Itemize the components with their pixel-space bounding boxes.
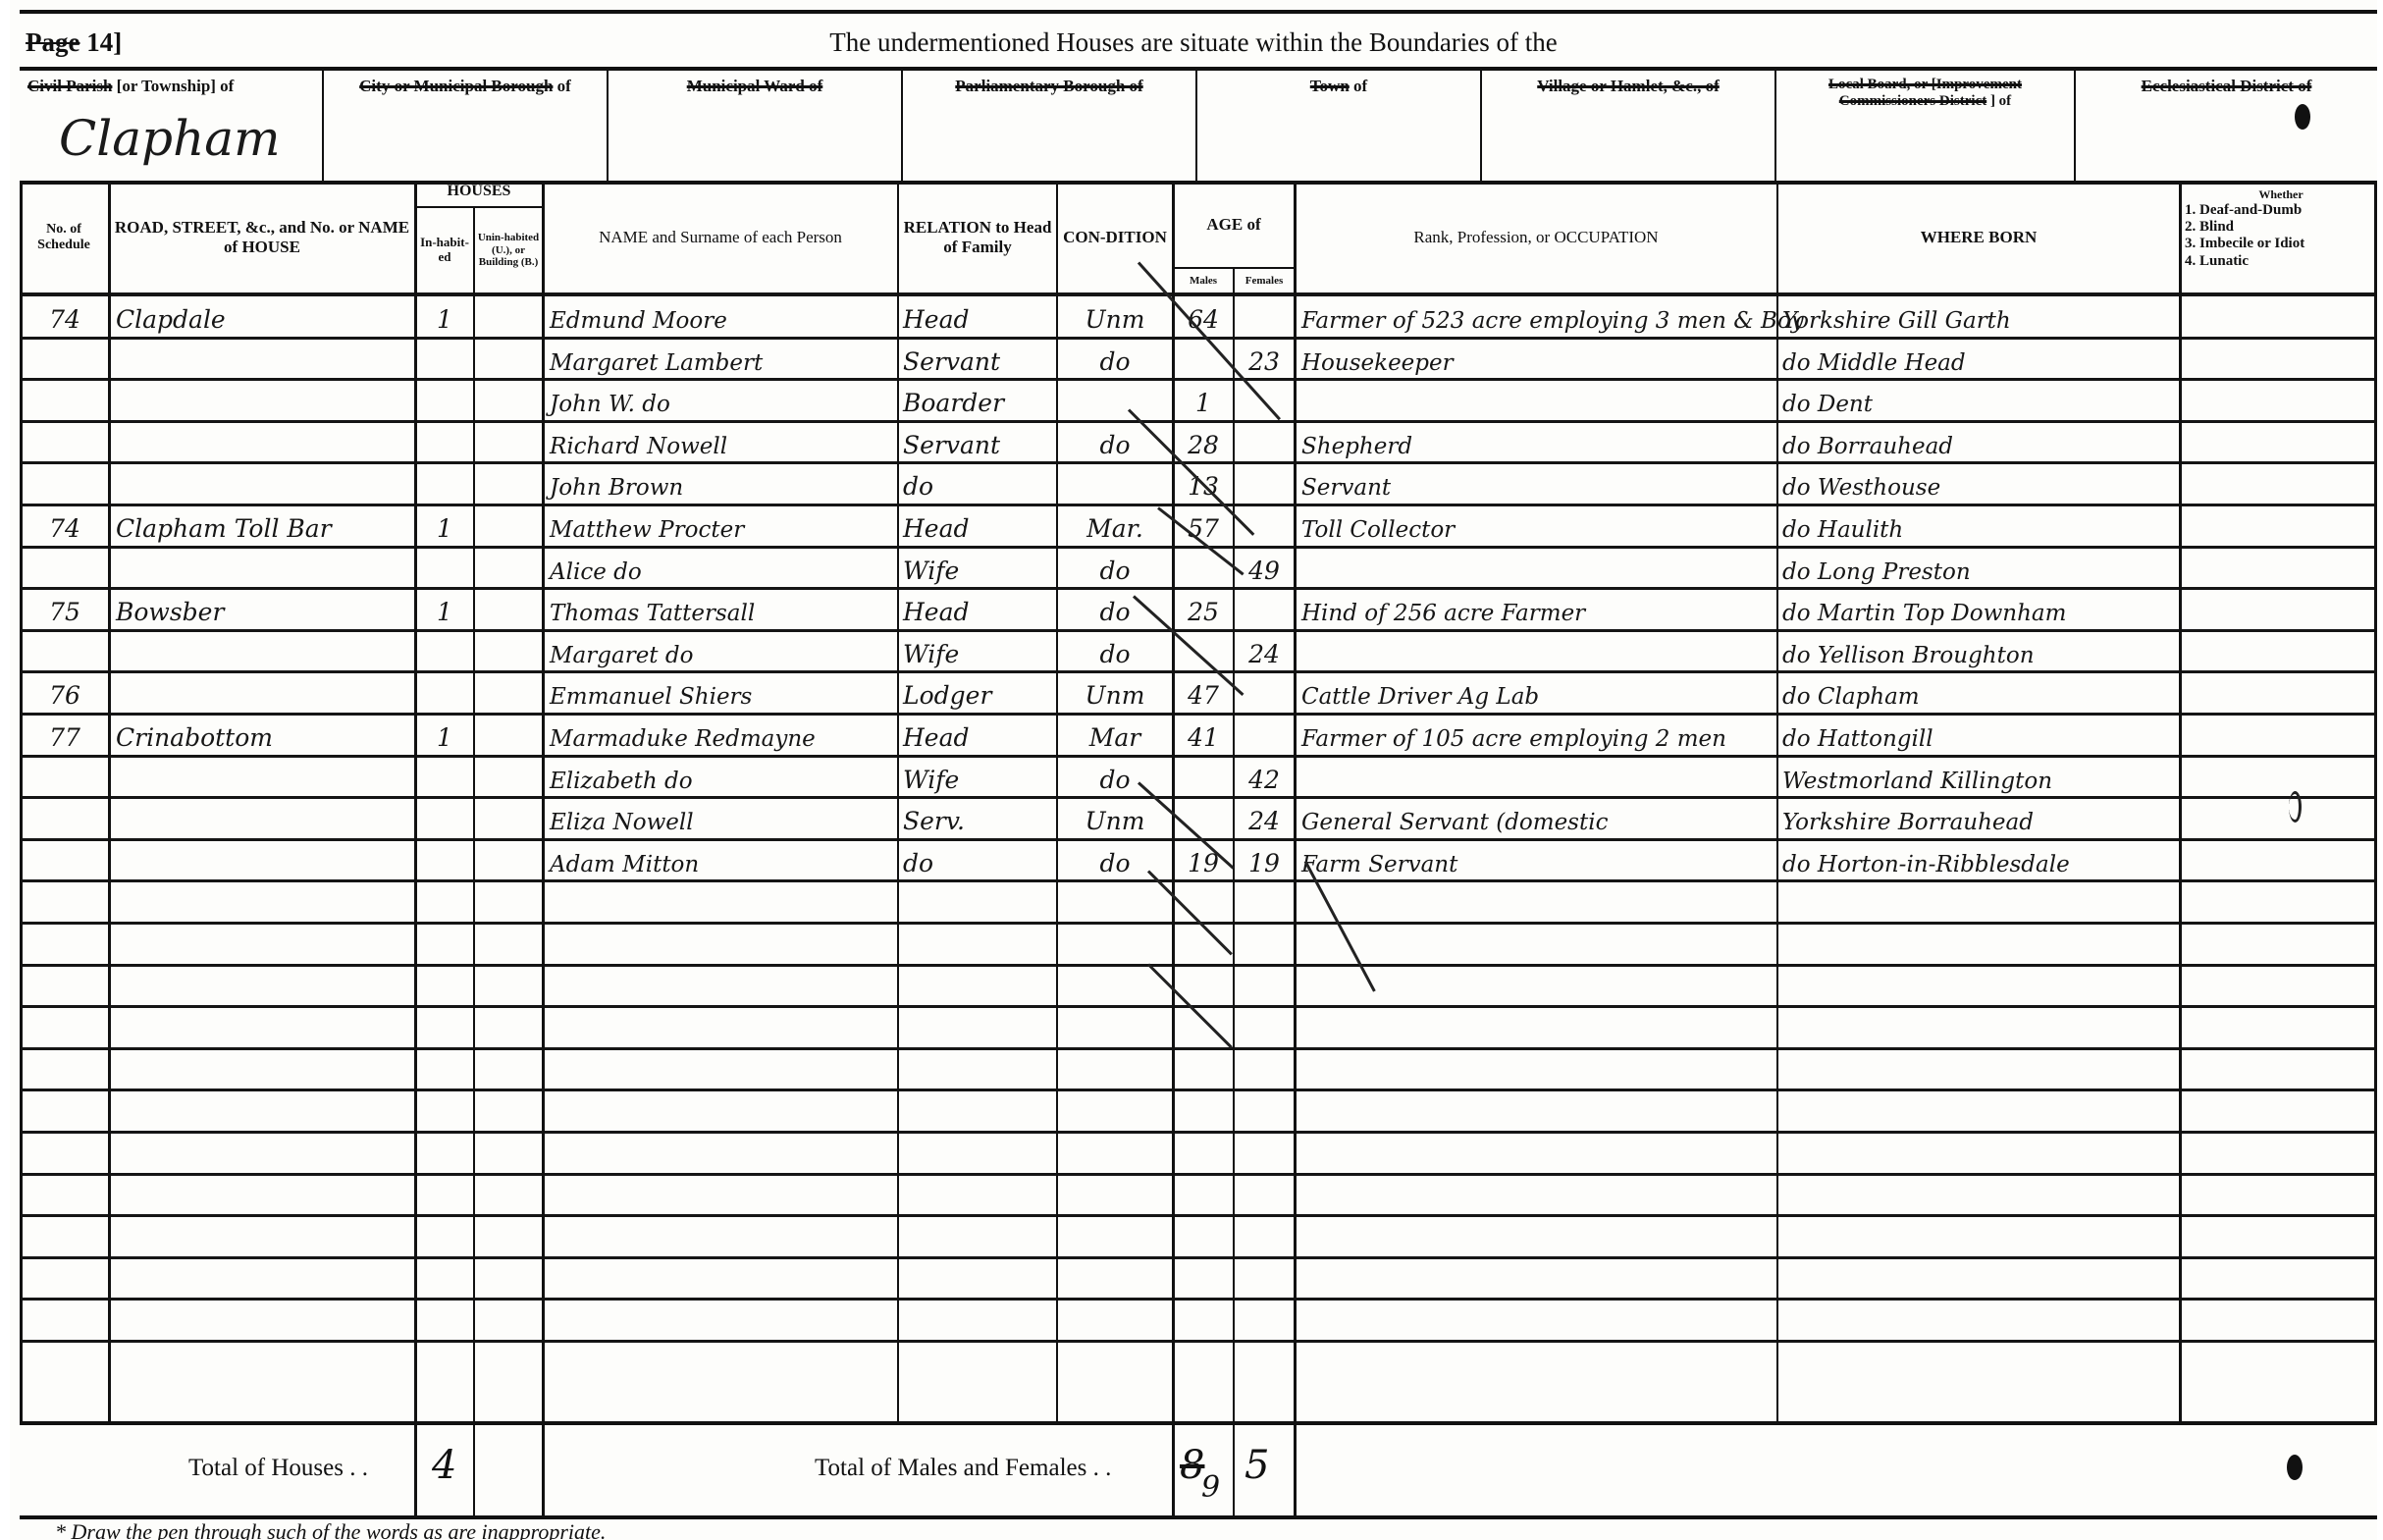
birthplace: do Martin Top Downham xyxy=(1782,589,2175,630)
birthplace: do Westhouse xyxy=(1782,463,2175,504)
birthplace: do Clapham xyxy=(1782,672,2175,714)
inhabited-count xyxy=(416,840,473,881)
col-rule xyxy=(1172,1425,1175,1515)
civil-parish-value: Clapham xyxy=(59,110,281,167)
relation: Servant xyxy=(903,339,1050,380)
municipal-borough-cell: City or Municipal Borough of xyxy=(324,71,609,181)
birthplace: do Haulith xyxy=(1782,505,2175,547)
birthplace: Yorkshire Borrauhead xyxy=(1782,798,2175,839)
census-page: Page 14] The undermentioned Houses are s… xyxy=(10,0,2377,1540)
birthplace: do Dent xyxy=(1782,380,2175,421)
schedule-number xyxy=(24,798,106,839)
occupation: Shepherd xyxy=(1301,422,1773,463)
schedule-number xyxy=(24,380,106,421)
civil-parish-cell: Civil Parish [or Township] of Clapham xyxy=(20,71,324,181)
col-rule xyxy=(1233,267,1235,1421)
occupation xyxy=(1301,548,1773,589)
female-age xyxy=(1237,422,1292,463)
person-name: Emmanuel Shiers xyxy=(550,672,893,714)
row-rule xyxy=(20,1256,2377,1259)
relation: Head xyxy=(903,715,1050,756)
ecclesiastical-district-cell: Ecclesiastical District of xyxy=(2076,71,2377,181)
birthplace: Westmorland Killington xyxy=(1782,757,2175,798)
male-age: 41 xyxy=(1176,715,1231,756)
male-age xyxy=(1176,798,1231,839)
local-board-label-kept: ] of xyxy=(1990,93,2011,109)
birthplace: do Hattongill xyxy=(1782,715,2175,756)
person-name: John Brown xyxy=(550,463,893,504)
municipal-ward-label: Municipal Ward of xyxy=(687,77,823,95)
person-name: Matthew Procter xyxy=(550,505,893,547)
road-name: Crinabottom xyxy=(116,715,410,756)
female-age: 24 xyxy=(1237,631,1292,672)
condition: Unm xyxy=(1062,798,1168,839)
row-rule xyxy=(20,1047,2377,1050)
occupation: Housekeeper xyxy=(1301,339,1773,380)
schedule-number: 75 xyxy=(24,589,106,630)
col-rule xyxy=(1294,1425,1297,1515)
female-age xyxy=(1237,463,1292,504)
relation: Wife xyxy=(903,548,1050,589)
female-age: 49 xyxy=(1237,548,1292,589)
col-rule xyxy=(1776,183,1778,1421)
condition: do xyxy=(1062,339,1168,380)
condition: do xyxy=(1062,589,1168,630)
municipal-borough-label-kept: of xyxy=(557,77,571,95)
occupation xyxy=(1301,757,1773,798)
condition: do xyxy=(1062,757,1168,798)
row-rule xyxy=(20,1005,2377,1008)
col-head-relation: RELATION to Head of Family xyxy=(899,183,1056,292)
col-head-females: Females xyxy=(1235,267,1294,292)
col-rule xyxy=(1172,183,1175,1421)
road-name: Clapdale xyxy=(116,296,410,338)
col-rule xyxy=(542,183,545,1421)
occupation: Hind of 256 acre Farmer xyxy=(1301,589,1773,630)
relation: Serv. xyxy=(903,798,1050,839)
col-head-infirmity: Whether 1. Deaf-and-Dumb 2. Blind 3. Imb… xyxy=(2181,183,2377,292)
birthplace: Yorkshire Gill Garth xyxy=(1782,296,2175,338)
female-age: 19 xyxy=(1237,840,1292,881)
road-name xyxy=(116,672,410,714)
inhabited-count: 1 xyxy=(416,715,473,756)
female-age: 24 xyxy=(1237,798,1292,839)
relation: Servant xyxy=(903,422,1050,463)
schedule-number xyxy=(24,422,106,463)
relation: Wife xyxy=(903,631,1050,672)
ink-mark xyxy=(2289,791,2302,823)
person-name: John W. do xyxy=(550,380,893,421)
occupation: Toll Collector xyxy=(1301,505,1773,547)
person-name: Alice do xyxy=(550,548,893,589)
male-age: 1 xyxy=(1176,380,1231,421)
schedule-number: 76 xyxy=(24,672,106,714)
col-rule xyxy=(1056,183,1058,1421)
row-rule xyxy=(20,1131,2377,1134)
inhabited-count xyxy=(416,548,473,589)
condition xyxy=(1062,380,1168,421)
person-name: Marmaduke Redmayne xyxy=(550,715,893,756)
female-age xyxy=(1237,672,1292,714)
schedule-number: 77 xyxy=(24,715,106,756)
inhabited-count xyxy=(416,672,473,714)
person-name: Elizabeth do xyxy=(550,757,893,798)
footnote: * Draw the pen through such of the words… xyxy=(55,1519,606,1540)
town-cell: Town of xyxy=(1197,71,1482,181)
birthplace: do Borrauhead xyxy=(1782,422,2175,463)
col-head-males: Males xyxy=(1174,267,1233,292)
col-head-road: ROAD, STREET, &c., and No. or NAME of HO… xyxy=(110,183,414,292)
schedule-number xyxy=(24,631,106,672)
col-rule xyxy=(473,208,475,1421)
birthplace: do Yellison Broughton xyxy=(1782,631,2175,672)
col-head-occupation: Rank, Profession, or OCCUPATION xyxy=(1296,183,1776,292)
schedule-number xyxy=(24,463,106,504)
ecclesiastical-district-label: Ecclesiastical District of xyxy=(2142,77,2312,95)
col-rule xyxy=(1233,1425,1235,1515)
col-rule xyxy=(542,1425,545,1515)
town-label: Town xyxy=(1310,77,1350,95)
relation: Head xyxy=(903,296,1050,338)
col-head-name: NAME and Surname of each Person xyxy=(544,183,897,292)
road-name xyxy=(116,339,410,380)
total-houses-label: Total of Houses . . xyxy=(188,1455,368,1482)
infirmity-item-1: 1. Deaf-and-Dumb xyxy=(2185,202,2302,219)
col-rule xyxy=(473,1425,475,1515)
infirmity-item-3: 3. Imbecile or Idiot xyxy=(2185,236,2304,252)
village-cell: Village or Hamlet, &c., of xyxy=(1482,71,1776,181)
relation: Head xyxy=(903,505,1050,547)
inhabited-count: 1 xyxy=(416,589,473,630)
col-head-where-born: WHERE BORN xyxy=(1778,183,2179,292)
col-rule xyxy=(1294,183,1297,1421)
col-rule xyxy=(414,1425,417,1515)
occupation xyxy=(1301,631,1773,672)
relation: Wife xyxy=(903,757,1050,798)
road-name xyxy=(116,631,410,672)
schedule-number xyxy=(24,548,106,589)
schedule-number: 74 xyxy=(24,296,106,338)
inhabited-count xyxy=(416,422,473,463)
person-name: Richard Nowell xyxy=(550,422,893,463)
condition xyxy=(1062,463,1168,504)
occupation: Farmer of 523 acre employing 3 men & Boy xyxy=(1301,296,1773,338)
relation: do xyxy=(903,463,1050,504)
schedule-number xyxy=(24,339,106,380)
left-border xyxy=(20,183,23,1421)
col-head-houses: HOUSES xyxy=(416,183,542,208)
parliamentary-borough-label: Parliamentary Borough of xyxy=(955,77,1142,95)
municipal-borough-label: City or Municipal Borough xyxy=(359,77,553,95)
jurisdiction-row: Civil Parish [or Township] of Clapham Ci… xyxy=(20,67,2377,185)
top-border xyxy=(20,10,2377,14)
schedule-number: 74 xyxy=(24,505,106,547)
col-rule xyxy=(2179,183,2182,1421)
person-name: Thomas Tattersall xyxy=(550,589,893,630)
occupation: Farm Servant xyxy=(1301,840,1773,881)
total-houses-value: 4 xyxy=(432,1443,456,1488)
female-age xyxy=(1237,715,1292,756)
row-rule xyxy=(20,1340,2377,1343)
road-name xyxy=(116,422,410,463)
occupation: Farmer of 105 acre employing 2 men xyxy=(1301,715,1773,756)
relation: Head xyxy=(903,589,1050,630)
page-title: The undermentioned Houses are situate wi… xyxy=(10,27,2377,58)
inhabited-count xyxy=(416,757,473,798)
person-name: Margaret do xyxy=(550,631,893,672)
col-rule xyxy=(414,183,417,1421)
road-name xyxy=(116,798,410,839)
person-name: Eliza Nowell xyxy=(550,798,893,839)
male-age xyxy=(1176,631,1231,672)
schedule-number xyxy=(24,840,106,881)
infirmity-item-2: 2. Blind xyxy=(2185,219,2234,236)
condition: Mar. xyxy=(1062,505,1168,547)
right-border xyxy=(2374,183,2377,1421)
parliamentary-borough-cell: Parliamentary Borough of xyxy=(903,71,1197,181)
condition: do xyxy=(1062,631,1168,672)
male-age: 25 xyxy=(1176,589,1231,630)
local-board-cell: Local Board, or [Improvement Commissione… xyxy=(1776,71,2076,181)
birthplace: do Horton-in-Ribblesdale xyxy=(1782,840,2175,881)
ink-blot xyxy=(2287,1455,2303,1480)
road-name xyxy=(116,548,410,589)
col-head-inhabited: In-habit-ed xyxy=(416,208,473,292)
ink-blot xyxy=(2295,104,2310,130)
col-rule xyxy=(108,183,111,1421)
civil-parish-label-struck: Civil Parish xyxy=(27,77,112,95)
inhabited-count: 1 xyxy=(416,505,473,547)
road-name xyxy=(116,757,410,798)
infirmity-title: Whether xyxy=(2258,188,2303,202)
inhabited-count xyxy=(416,339,473,380)
inhabited-count xyxy=(416,463,473,504)
male-age: 28 xyxy=(1176,422,1231,463)
relation: Lodger xyxy=(903,672,1050,714)
civil-parish-label: [or Township] of xyxy=(117,77,235,95)
road-name xyxy=(116,840,410,881)
relation: Boarder xyxy=(903,380,1050,421)
occupation xyxy=(1301,380,1773,421)
municipal-ward-cell: Municipal Ward of xyxy=(609,71,903,181)
col-head-age: AGE of xyxy=(1174,183,1294,267)
condition: Unm xyxy=(1062,296,1168,338)
col-head-schedule: No. of Schedule xyxy=(20,183,108,292)
town-label-kept: of xyxy=(1353,77,1367,95)
male-age xyxy=(1176,548,1231,589)
female-age xyxy=(1237,589,1292,630)
col-rule xyxy=(897,183,899,1421)
condition: do xyxy=(1062,548,1168,589)
infirmity-item-4: 4. Lunatic xyxy=(2185,253,2249,270)
col-head-condition: CON-DITION xyxy=(1058,183,1172,292)
birthplace: do Long Preston xyxy=(1782,548,2175,589)
row-rule xyxy=(20,1214,2377,1217)
row-rule xyxy=(20,1089,2377,1091)
inhabited-count xyxy=(416,380,473,421)
road-name: Bowsber xyxy=(116,589,410,630)
occupation: Servant xyxy=(1301,463,1773,504)
condition: Mar xyxy=(1062,715,1168,756)
road-name xyxy=(116,463,410,504)
person-name: Margaret Lambert xyxy=(550,339,893,380)
village-label: Village or Hamlet, &c., of xyxy=(1537,77,1720,95)
row-rule xyxy=(20,964,2377,967)
condition: do xyxy=(1062,422,1168,463)
female-age xyxy=(1237,296,1292,338)
female-age: 23 xyxy=(1237,339,1292,380)
occupation: Cattle Driver Ag Lab xyxy=(1301,672,1773,714)
male-age xyxy=(1176,757,1231,798)
female-age: 42 xyxy=(1237,757,1292,798)
inhabited-count: 1 xyxy=(416,296,473,338)
road-name: Clapham Toll Bar xyxy=(116,505,410,547)
col-head-uninhabited: Unin-habited (U.), or Building (B.) xyxy=(475,208,542,292)
occupation: General Servant (domestic xyxy=(1301,798,1773,839)
schedule-number xyxy=(24,757,106,798)
row-rule xyxy=(20,879,2377,882)
totals-row: Total of Houses . . 4 Total of Males and… xyxy=(20,1421,2377,1519)
check-stroke xyxy=(1147,870,1233,955)
person-name: Adam Mitton xyxy=(550,840,893,881)
inhabited-count xyxy=(416,798,473,839)
relation: do xyxy=(903,840,1050,881)
total-females-value: 5 xyxy=(1244,1443,1269,1488)
total-males-corrected: 9 xyxy=(1201,1470,1220,1505)
condition: Unm xyxy=(1062,672,1168,714)
total-persons-label: Total of Males and Females . . xyxy=(815,1455,1111,1482)
row-rule xyxy=(20,1173,2377,1176)
row-rule xyxy=(20,1298,2377,1301)
road-name xyxy=(116,380,410,421)
inhabited-count xyxy=(416,631,473,672)
person-name: Edmund Moore xyxy=(550,296,893,338)
birthplace: do Middle Head xyxy=(1782,339,2175,380)
enumeration-table: No. of Schedule ROAD, STREET, &c., and N… xyxy=(20,183,2377,1421)
